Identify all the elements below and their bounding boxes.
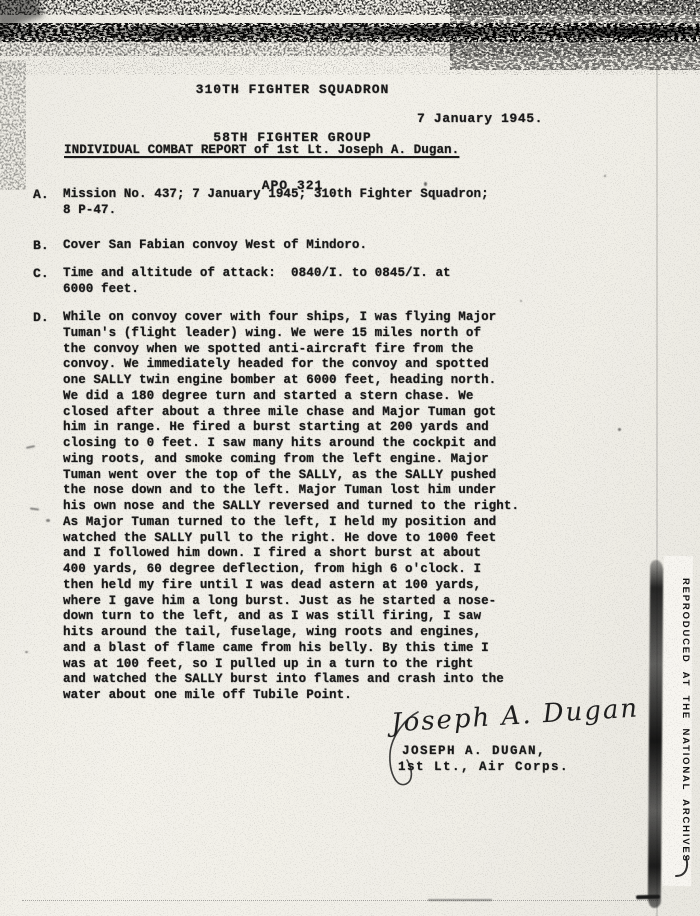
section-b: B. Cover San Fabian convoy West of Mindo… [33, 238, 367, 254]
signature-flourish [378, 700, 438, 795]
scan-corner-stub [636, 895, 660, 899]
ink-speck [520, 300, 522, 302]
ink-speck [424, 182, 427, 186]
ink-speck [604, 175, 606, 177]
report-title: INDIVIDUAL COMBAT REPORT of 1st Lt. Jose… [64, 143, 459, 159]
pen-hook-mark [668, 854, 696, 884]
scan-bottom-edge-line [22, 900, 658, 901]
report-date: 7 January 1945. [417, 111, 543, 127]
section-b-letter: B. [33, 238, 63, 254]
scan-corner-blob [0, 0, 44, 30]
section-d-letter: D. [33, 310, 63, 704]
section-c-letter: C. [33, 266, 63, 298]
section-a: A. Mission No. 437; 7 January 1945; 310t… [33, 187, 489, 219]
section-d: D. While on convoy cover with four ships… [33, 310, 519, 704]
section-b-text: Cover San Fabian convoy West of Mindoro. [63, 238, 367, 254]
scan-bottom-edge-dash [428, 899, 492, 901]
section-a-letter: A. [33, 187, 63, 219]
section-d-text: While on convoy cover with four ships, I… [63, 310, 519, 704]
ink-speck [25, 651, 28, 653]
section-a-text: Mission No. 437; 7 January 1945; 310th F… [63, 187, 489, 219]
archives-stamp-ink-band [648, 560, 663, 908]
scanned-combat-report-page: 310TH FIGHTER SQUADRON 58TH FIGHTER GROU… [0, 0, 700, 916]
section-c-text: Time and altitude of attack: 0840/I. to … [63, 266, 451, 298]
letterhead-squadron: 310TH FIGHTER SQUADRON [175, 82, 410, 98]
section-c: C. Time and altitude of attack: 0840/I. … [33, 266, 451, 298]
ink-speck [618, 428, 621, 431]
archives-stamp-text: REPRODUCED AT THE NATIONAL ARCHIVES [680, 578, 691, 863]
scan-smear-band [0, 27, 700, 37]
